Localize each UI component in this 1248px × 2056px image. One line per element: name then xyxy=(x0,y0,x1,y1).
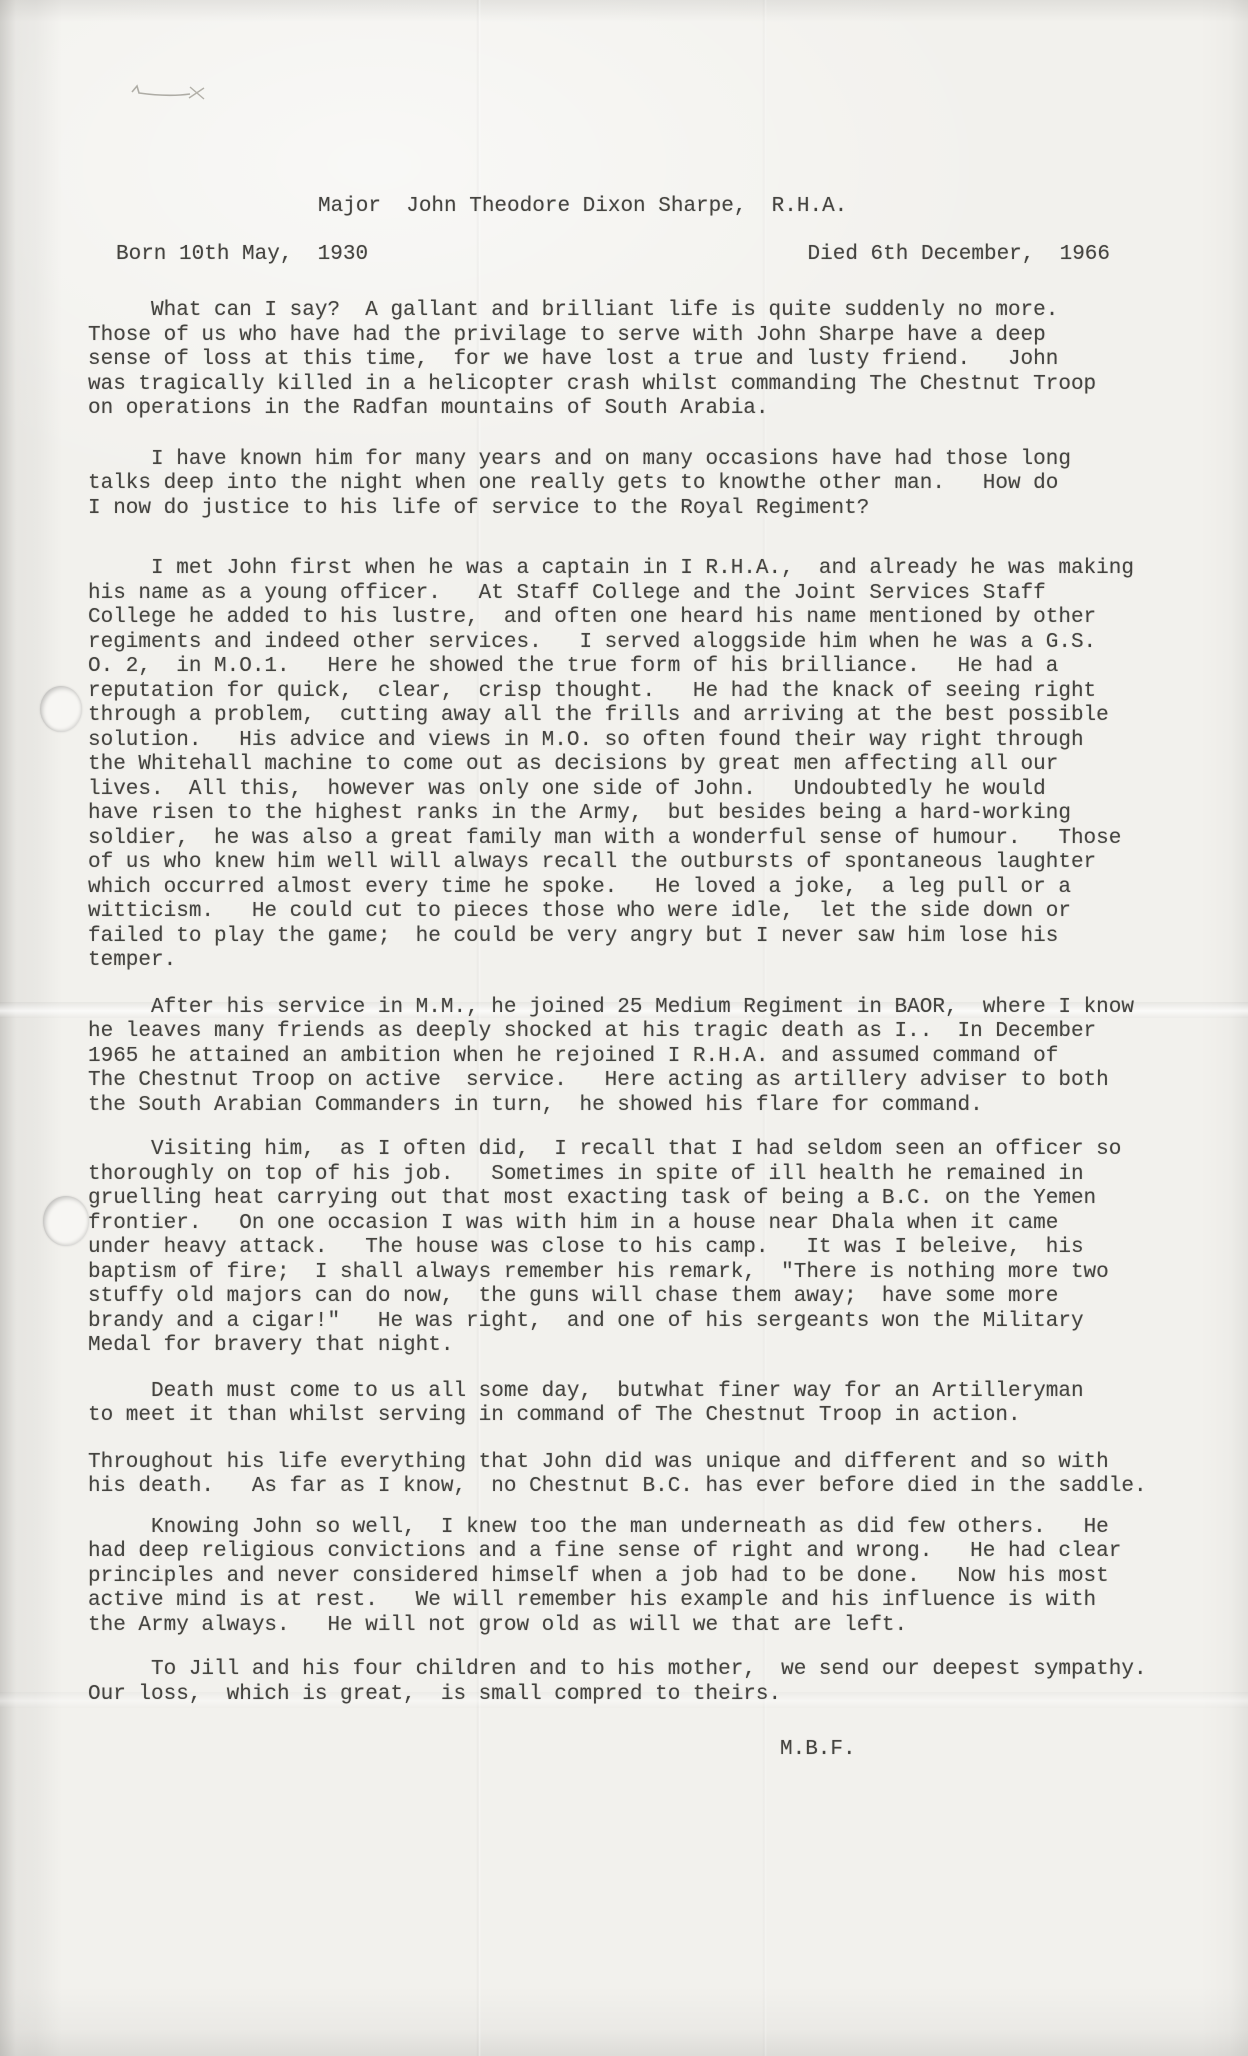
born-date: Born 10th May, 1930 xyxy=(116,243,368,268)
died-date: Died 6th December, 1966 xyxy=(808,243,1110,268)
paragraph-career: I met John first when he was a captain i… xyxy=(88,557,1188,974)
paragraph-eulogy-opening: What can I say? A gallant and brilliant … xyxy=(88,299,1188,422)
punch-hole xyxy=(40,686,82,732)
punch-hole xyxy=(43,1196,89,1246)
scanned-letter-page: Major John Theodore Dixon Sharpe, R.H.A.… xyxy=(0,0,1248,2056)
document-title: Major John Theodore Dixon Sharpe, R.H.A. xyxy=(318,195,1188,220)
paragraph-man-underneath: Knowing John so well, I knew too the man… xyxy=(88,1516,1188,1639)
dates-row: Born 10th May, 1930 Died 6th December, 1… xyxy=(88,243,1110,268)
signature-initials: M.B.F. xyxy=(780,1738,1188,1763)
paragraph-condolences: To Jill and his four children and to his… xyxy=(88,1658,1188,1707)
paragraph-unique-life: Throughout his life everything that John… xyxy=(88,1451,1188,1500)
paragraph-baor-service: After his service in M.M., he joined 25 … xyxy=(88,996,1188,1119)
paragraph-visiting-him: Visiting him, as I often did, I recall t… xyxy=(88,1138,1188,1359)
paragraph-death-artilleryman: Death must come to us all some day, butw… xyxy=(88,1380,1188,1429)
letter-body: Major John Theodore Dixon Sharpe, R.H.A.… xyxy=(88,0,1188,1763)
paragraph-known-him: I have known him for many years and on m… xyxy=(88,448,1188,522)
